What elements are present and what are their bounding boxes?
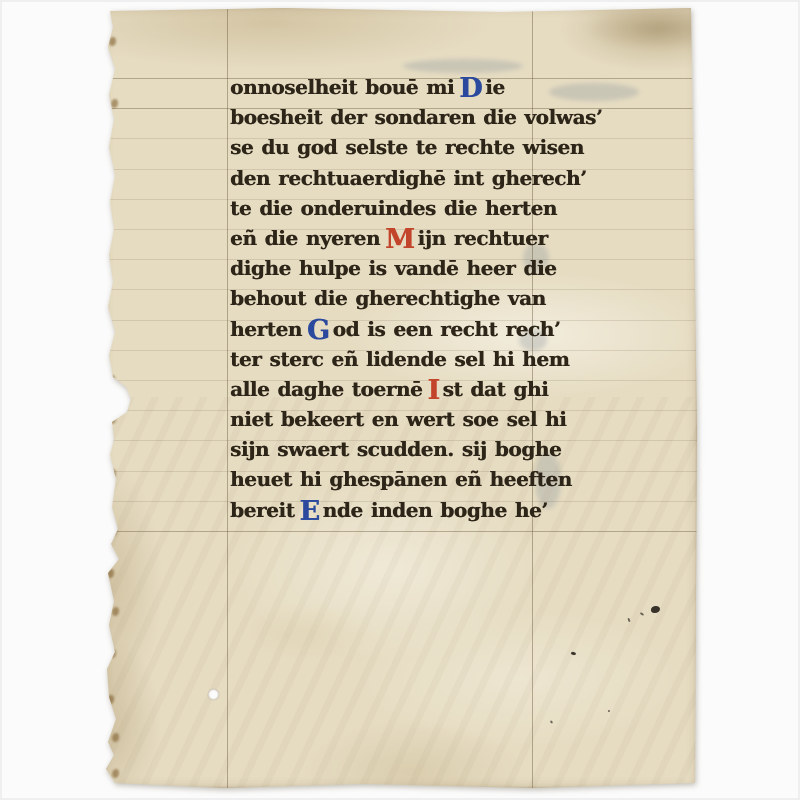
- manuscript-text-line: den rechtuaerdighē int gherech’: [230, 163, 630, 193]
- ink-blot: [627, 618, 630, 622]
- gothic-text: heuet hi ghespānen eñ heeften: [230, 467, 572, 491]
- gothic-text: herten: [230, 317, 302, 341]
- manuscript-text-line: behout die gherechtighe van: [230, 283, 630, 313]
- edge-stain: [107, 695, 114, 704]
- manuscript-text-line: eñ die nyerenMijn rechtuer: [230, 223, 630, 253]
- gothic-text: alle daghe toernē: [230, 377, 422, 401]
- manuscript-text-line: heuet hi ghespānen eñ heeften: [230, 464, 630, 494]
- gothic-text: dighe hulpe is vandē heer die: [230, 256, 556, 280]
- gothic-text: eñ die nyeren: [230, 226, 380, 250]
- gothic-text: ijn rechtuer: [418, 226, 548, 250]
- gothic-text: onnoselheit bouē mi: [230, 75, 454, 99]
- edge-stain: [112, 769, 119, 778]
- manuscript-text-line: sijn swaert scudden. sij boghe: [230, 434, 630, 464]
- ink-blot: [608, 710, 610, 712]
- gothic-text: bereit: [230, 498, 294, 522]
- ink-blot: [651, 606, 660, 613]
- manuscript-text: onnoselheit bouē miDieboesheit der sonda…: [230, 72, 630, 525]
- illuminated-initial-blue: G: [307, 321, 330, 341]
- edge-stain: [109, 649, 116, 658]
- gothic-text: ter sterc eñ lidende sel hi hem: [230, 347, 569, 371]
- gothic-text: nde inden boghe he’: [323, 498, 548, 522]
- ruling-horizontal: [103, 531, 697, 532]
- manuscript-text-line: alle daghe toernēIst dat ghi: [230, 374, 630, 404]
- puncture-hole: [208, 689, 219, 700]
- gothic-text: od is een recht rech’: [333, 317, 561, 341]
- illuminated-initial-red: M: [385, 230, 415, 250]
- top-right-stain: [583, 11, 713, 51]
- manuscript-text-line: bereitEnde inden boghe he’: [230, 495, 630, 525]
- illuminated-initial-blue: D: [459, 79, 482, 99]
- edge-stain: [112, 607, 119, 616]
- manuscript-leaf: onnoselheit bouē miDieboesheit der sonda…: [103, 7, 697, 788]
- gothic-text: behout die gherechtighe van: [230, 286, 546, 310]
- verso-smudge: [403, 59, 523, 73]
- edge-stain: [108, 375, 115, 384]
- manuscript-text-line: niet bekeert en wert soe sel hi: [230, 404, 630, 434]
- gothic-text: st dat ghi: [443, 377, 549, 401]
- edge-stain: [110, 527, 117, 536]
- gothic-text: te die onderuindes die herten: [230, 196, 557, 220]
- edge-stain: [109, 37, 116, 46]
- manuscript-text-line: onnoselheit bouē miDie: [230, 72, 630, 102]
- gothic-text: sijn swaert scudden. sij boghe: [230, 437, 561, 461]
- manuscript-text-line: boesheit der sondaren die volwas’: [230, 102, 630, 132]
- gothic-text: niet bekeert en wert soe sel hi: [230, 407, 566, 431]
- gothic-text: den rechtuaerdighē int gherech’: [230, 166, 587, 190]
- illuminated-initial-red: I: [427, 381, 439, 401]
- leaf-shadow: onnoselheit bouē miDieboesheit der sonda…: [0, 0, 800, 800]
- edge-stain: [112, 733, 119, 742]
- manuscript-text-line: se du god selste te rechte wisen: [230, 132, 630, 162]
- ruling-vertical-left: [227, 7, 228, 788]
- edge-stain: [109, 415, 116, 424]
- gothic-text: se du god selste te rechte wisen: [230, 135, 584, 159]
- edge-stain: [111, 99, 118, 108]
- manuscript-text-line: te die onderuindes die herten: [230, 193, 630, 223]
- edge-stain: [109, 469, 116, 478]
- edge-stain: [107, 569, 114, 578]
- gothic-text: ie: [485, 75, 505, 99]
- ink-blot: [550, 720, 553, 724]
- ink-blot: [571, 651, 577, 656]
- ink-blot: [640, 612, 644, 616]
- gothic-text: boesheit der sondaren die volwas’: [230, 105, 602, 129]
- photo-backdrop: onnoselheit bouē miDieboesheit der sonda…: [0, 0, 800, 800]
- illuminated-initial-blue: E: [299, 502, 319, 522]
- manuscript-text-line: ter sterc eñ lidende sel hi hem: [230, 344, 630, 374]
- manuscript-text-line: hertenGod is een recht rech’: [230, 314, 630, 344]
- manuscript-text-line: dighe hulpe is vandē heer die: [230, 253, 630, 283]
